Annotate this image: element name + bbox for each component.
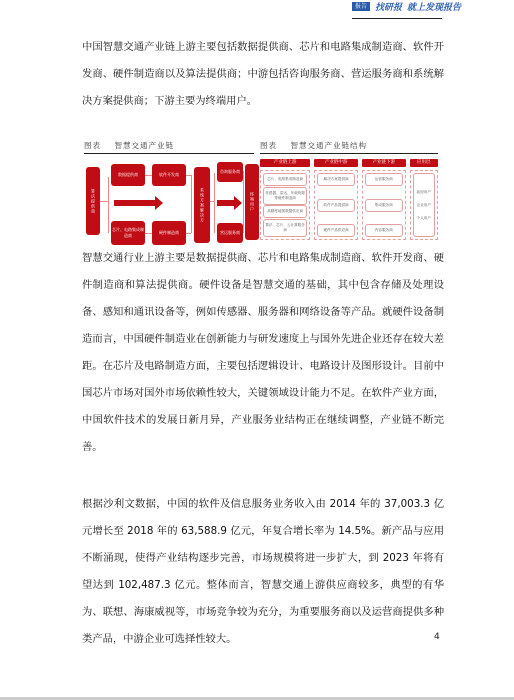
connector	[243, 171, 244, 233]
figure-title: 图表 智慧交通产业链	[84, 140, 254, 154]
node-operation-service: 营运服务商	[217, 223, 243, 243]
cell: 高精度地图数据供应商	[263, 205, 307, 218]
node-end-user: 终端用户	[245, 164, 259, 240]
connector	[145, 175, 152, 176]
header-link-discover-report[interactable]: 就上发现报告	[407, 0, 461, 13]
paragraph-upstream-analysis: 智慧交通行业上游主要是数据提供商、芯片和电路集成制造商、软件开发商、硬件制造商和…	[82, 245, 444, 461]
node-consulting-service: 咨询服务商	[217, 162, 243, 182]
node-hardware-manufacturer: 硬件制造商	[152, 221, 186, 245]
flow-arrow-icon	[114, 200, 156, 206]
cell: 软件产品提供商	[317, 199, 355, 212]
column-header: 产业链下游	[362, 159, 406, 167]
column-body: 芯片、电路集成制造商 传感器、雷达、车载终端等硬件制造商 高精度地图数据供应商 …	[260, 170, 310, 240]
column-header: 产业链中游	[314, 159, 358, 167]
figure-title: 图表 智慧交通产业链结构	[260, 140, 438, 154]
connector	[100, 201, 108, 202]
header-brand[interactable]: 报告 找研报 就上发现报告	[352, 0, 461, 12]
cell: 企业用户	[415, 203, 433, 208]
cell-group: 政府用户 企业用户 个人用户	[413, 173, 435, 237]
page-number: 4	[434, 632, 440, 642]
column-upstream: 产业链上游 芯片、电路集成制造商 传感器、雷达、车载终端等硬件制造商 高精度地图…	[260, 159, 310, 240]
column-body: 解决方案提供商 软件产品提供商 硬件产品供应商	[314, 170, 358, 240]
connector	[186, 233, 191, 234]
figure-industry-chain: 图表 智慧交通产业链 算法提供商 数据提供商 芯片、电路集成制造商 软件开发商 …	[84, 140, 254, 249]
column-application: 应用层 政府用户 企业用户 个人用户	[410, 159, 438, 240]
node-data-provider: 数据提供商	[111, 164, 145, 186]
column-midstream: 产业链中游 解决方案提供商 软件产品提供商 硬件产品供应商	[314, 159, 358, 240]
column-downstream: 产业链下游 运营服务商 集成服务商 内容服务商	[362, 159, 406, 240]
node-chip-manufacturer: 芯片、电路集成制造商	[111, 221, 145, 245]
cell: 芯片、电路集成制造商	[263, 173, 307, 186]
cell: 算法、芯片、云计算服务商	[263, 219, 307, 237]
cell: 内容服务商	[365, 224, 403, 237]
column-body: 运营服务商 集成服务商 内容服务商	[362, 170, 406, 240]
chain-diagram: 算法提供商 数据提供商 芯片、电路集成制造商 软件开发商 硬件制造商 系统方案解…	[84, 159, 254, 249]
paragraph-market-data: 根据沙利文数据，中国的软件及信息服务业务收入由 2014 年的 37,003.3…	[82, 491, 444, 653]
cell: 集成服务商	[365, 199, 403, 212]
connector	[145, 233, 152, 234]
connector	[191, 175, 192, 233]
cell: 运营服务商	[365, 173, 403, 186]
cell: 传感器、雷达、车载终端等硬件制造商	[263, 187, 307, 205]
cell: 政府用户	[415, 190, 433, 195]
structure-table: 产业链上游 芯片、电路集成制造商 传感器、雷达、车载终端等硬件制造商 高精度地图…	[260, 159, 438, 240]
header-link-find-report[interactable]: 找研报	[375, 0, 402, 13]
node-algorithm-provider: 算法提供商	[86, 167, 100, 235]
node-software-developer: 软件开发商	[152, 164, 186, 186]
cell: 个人用户	[415, 216, 433, 221]
column-header: 应用层	[410, 159, 438, 167]
column-header: 产业链上游	[260, 159, 310, 167]
connector	[214, 173, 215, 233]
figure-industry-chain-structure: 图表 智慧交通产业链结构 产业链上游 芯片、电路集成制造商 传感器、雷达、车载终…	[260, 140, 438, 240]
node-system-solution: 系统方案解决方	[194, 167, 210, 243]
header-divider	[352, 18, 442, 19]
column-body: 政府用户 企业用户 个人用户	[410, 170, 438, 240]
report-logo-icon: 报告	[352, 2, 370, 11]
cell: 硬件产品供应商	[317, 224, 355, 237]
paragraph-industry-chain-overview: 中国智慧交通产业链上游主要包括数据提供商、芯片和电路集成制造商、软件开发商、硬件…	[82, 34, 444, 115]
connector	[108, 177, 109, 233]
flow-arrow-icon	[217, 200, 235, 206]
cell: 解决方案提供商	[317, 173, 355, 186]
